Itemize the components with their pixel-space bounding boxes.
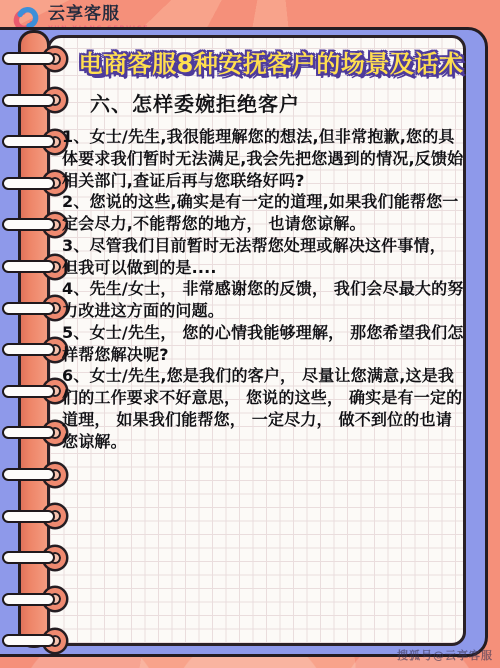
script-item: 3、尽管我们目前暂时无法帮您处理或解决这件事情， 但我可以做到的是.... (62, 235, 466, 279)
script-item: 1、女士/先生,我很能理解您的想法,但非常抱歉,您的具体要求我们暂时无法满足,我… (62, 126, 466, 191)
binder-ring (0, 546, 70, 570)
script-list: 1、女士/先生,我很能理解您的想法,但非常抱歉,您的具体要求我们暂时无法满足,我… (62, 126, 466, 452)
ring-bar-icon (2, 52, 55, 65)
section-title: 六、怎样委婉拒绝客户 (90, 88, 300, 117)
ring-bar-icon (2, 94, 55, 107)
binder-ring (0, 463, 70, 487)
binder-ring (0, 629, 70, 653)
watermark: 搜狐号@云享客服 (397, 647, 493, 663)
ring-bar-icon (2, 260, 55, 273)
ring-bar-icon (2, 302, 55, 315)
brand-name-cn: 云享客服 (48, 6, 149, 23)
ring-bar-icon (2, 385, 55, 398)
poster-title: 电商客服8种安抚客户的场景及话术 (78, 44, 464, 79)
binder-ring (0, 213, 70, 237)
binder-ring (0, 255, 70, 279)
binder-ring (0, 587, 70, 611)
binder-ring (0, 130, 70, 154)
ring-bar-icon (2, 135, 55, 148)
binder-ring (0, 421, 70, 445)
binder-ring (0, 47, 70, 71)
binder-ring (0, 296, 70, 320)
poster-canvas: 云享客服 YUN XIANG SERVICE 电商客服8种安抚客户的场景及话术 … (0, 0, 500, 668)
ring-bar-icon (2, 634, 55, 647)
ring-bar-icon (2, 510, 55, 523)
ring-bar-icon (2, 551, 55, 564)
ring-bar-icon (2, 426, 55, 439)
binder-ring (0, 379, 70, 403)
ring-bar-icon (2, 593, 55, 606)
ring-bar-icon (2, 218, 55, 231)
binder-ring (0, 338, 70, 362)
script-item: 4、先生/女士， 非常感谢您的反馈， 我们会尽最大的努力改进这方面的问题。 (62, 278, 466, 322)
script-item: 6、女士/先生,您是我们的客户， 尽量让您满意,这是我们的工作要求不好意思， 您… (62, 365, 466, 452)
script-item: 2、您说的这些,确实是有一定的道理,如果我们能帮您一定会尽力,不能帮您的地方， … (62, 191, 466, 235)
ring-bar-icon (2, 343, 55, 356)
binder-ring (0, 171, 70, 195)
binder-ring (0, 504, 70, 528)
ring-bar-icon (2, 468, 55, 481)
binder-ring (0, 88, 70, 112)
script-item: 5、女士/先生， 您的心情我能够理解， 那您希望我们怎样帮您解决呢? (62, 322, 466, 366)
ring-bar-icon (2, 177, 55, 190)
